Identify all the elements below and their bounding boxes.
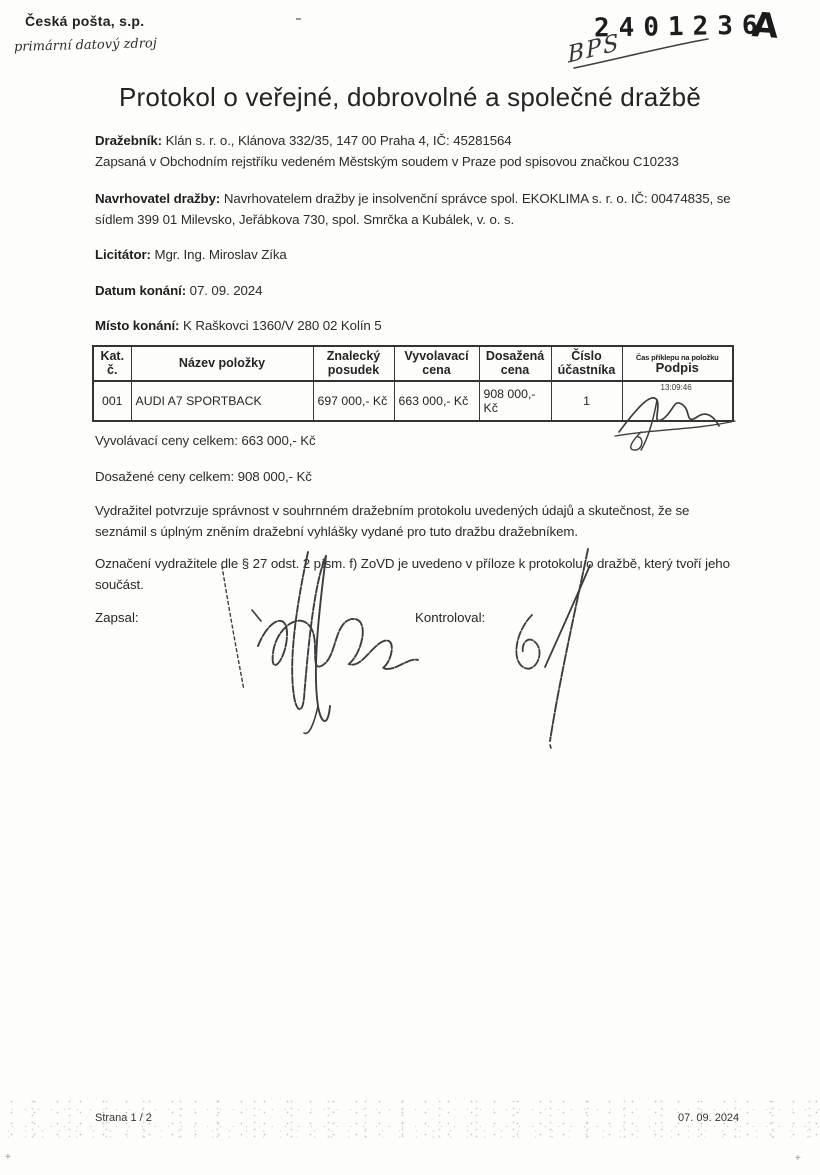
letterhead-company: Česká pošta, s.p. (25, 13, 144, 29)
col-header-podpis: Čas příklepu na položku Podpis (622, 346, 733, 381)
cell-ucastnik: 1 (551, 381, 622, 421)
paragraph-confirmation: Vydražitel potvrzuje správnost v souhrnn… (95, 500, 740, 542)
crop-mark-left: + (5, 1152, 11, 1163)
kontroloval-signature (500, 545, 615, 750)
crop-mark-right: + (795, 1153, 801, 1164)
scan-noise-band-lower (0, 1128, 820, 1138)
field-navrhovatel: Navrhovatel dražby: Navrhovatelem dražby… (95, 188, 740, 230)
zapsal-label: Zapsal: (95, 610, 139, 625)
field-navrhovatel-label: Navrhovatel dražby: (95, 191, 220, 206)
cell-znalecky: 697 000,- Kč (313, 381, 394, 421)
field-drazebnik: Dražebník: Klán s. r. o., Klánova 332/35… (95, 130, 740, 172)
field-drazebnik-label: Dražebník: (95, 133, 162, 148)
field-licitator-value: Mgr. Ing. Miroslav Zíka (155, 247, 287, 262)
scanned-document-page: Česká pošta, s.p. primární datový zdroj … (0, 0, 820, 1175)
col-header-vyvolavaci: Vyvolavací cena (394, 346, 479, 381)
field-datum-label: Datum konání: (95, 283, 186, 298)
scan-speckle (296, 18, 301, 20)
footer-date: 07. 09. 2024 (678, 1112, 739, 1124)
field-misto: Místo konání: K Raškovci 1360/V 280 02 K… (95, 315, 740, 336)
cell-vyvolavaci: 663 000,- Kč (394, 381, 479, 421)
total-dosazene: Dosažené ceny celkem: 908 000,- Kč (95, 466, 740, 487)
cell-kat: 001 (93, 381, 131, 421)
field-datum-value: 07. 09. 2024 (190, 283, 263, 298)
field-licitator-label: Licitátor: (95, 247, 151, 262)
col-header-dosazena: Dosažená cena (479, 346, 551, 381)
field-datum: Datum konání: 07. 09. 2024 (95, 280, 740, 301)
handwritten-stroke (568, 32, 718, 77)
col-header-ucastnik: Číslo účastníka (551, 346, 622, 381)
letterhead-tagline: primární datový zdroj (14, 36, 157, 55)
zapsal-signature (212, 548, 447, 743)
total-vyvolavaci: Vyvolávací ceny celkem: 663 000,- Kč (95, 430, 740, 451)
field-drazebnik-line2: Zapsaná v Obchodním rejstříku vedeném Mě… (95, 151, 740, 172)
field-misto-value: K Raškovci 1360/V 280 02 Kolín 5 (183, 318, 382, 333)
col-header-kat: Kat. č. (93, 346, 131, 381)
auction-table: Kat. č. Název položky Znalecký posudek V… (92, 345, 734, 422)
table-row: 001 AUDI A7 SPORTBACK 697 000,- Kč 663 0… (93, 381, 733, 421)
field-misto-label: Místo konání: (95, 318, 179, 333)
field-drazebnik-value: Klán s. r. o., Klánova 332/35, 147 00 Pr… (166, 133, 512, 148)
table-header-row: Kat. č. Název položky Znalecký posudek V… (93, 346, 733, 381)
cell-dosazena: 908 000,- Kč (479, 381, 551, 421)
col-header-nazev: Název položky (131, 346, 313, 381)
field-licitator: Licitátor: Mgr. Ing. Miroslav Zíka (95, 244, 740, 265)
col-header-znalecky: Znalecký posudek (313, 346, 394, 381)
stamp-letter: A (751, 5, 780, 47)
document-title: Protokol o veřejné, dobrovolné a společn… (0, 82, 820, 113)
footer-page-number: Strana 1 / 2 (95, 1112, 152, 1124)
cell-nazev: AUDI A7 SPORTBACK (131, 381, 313, 421)
cell-podpis: 13:09:46 (622, 381, 733, 421)
